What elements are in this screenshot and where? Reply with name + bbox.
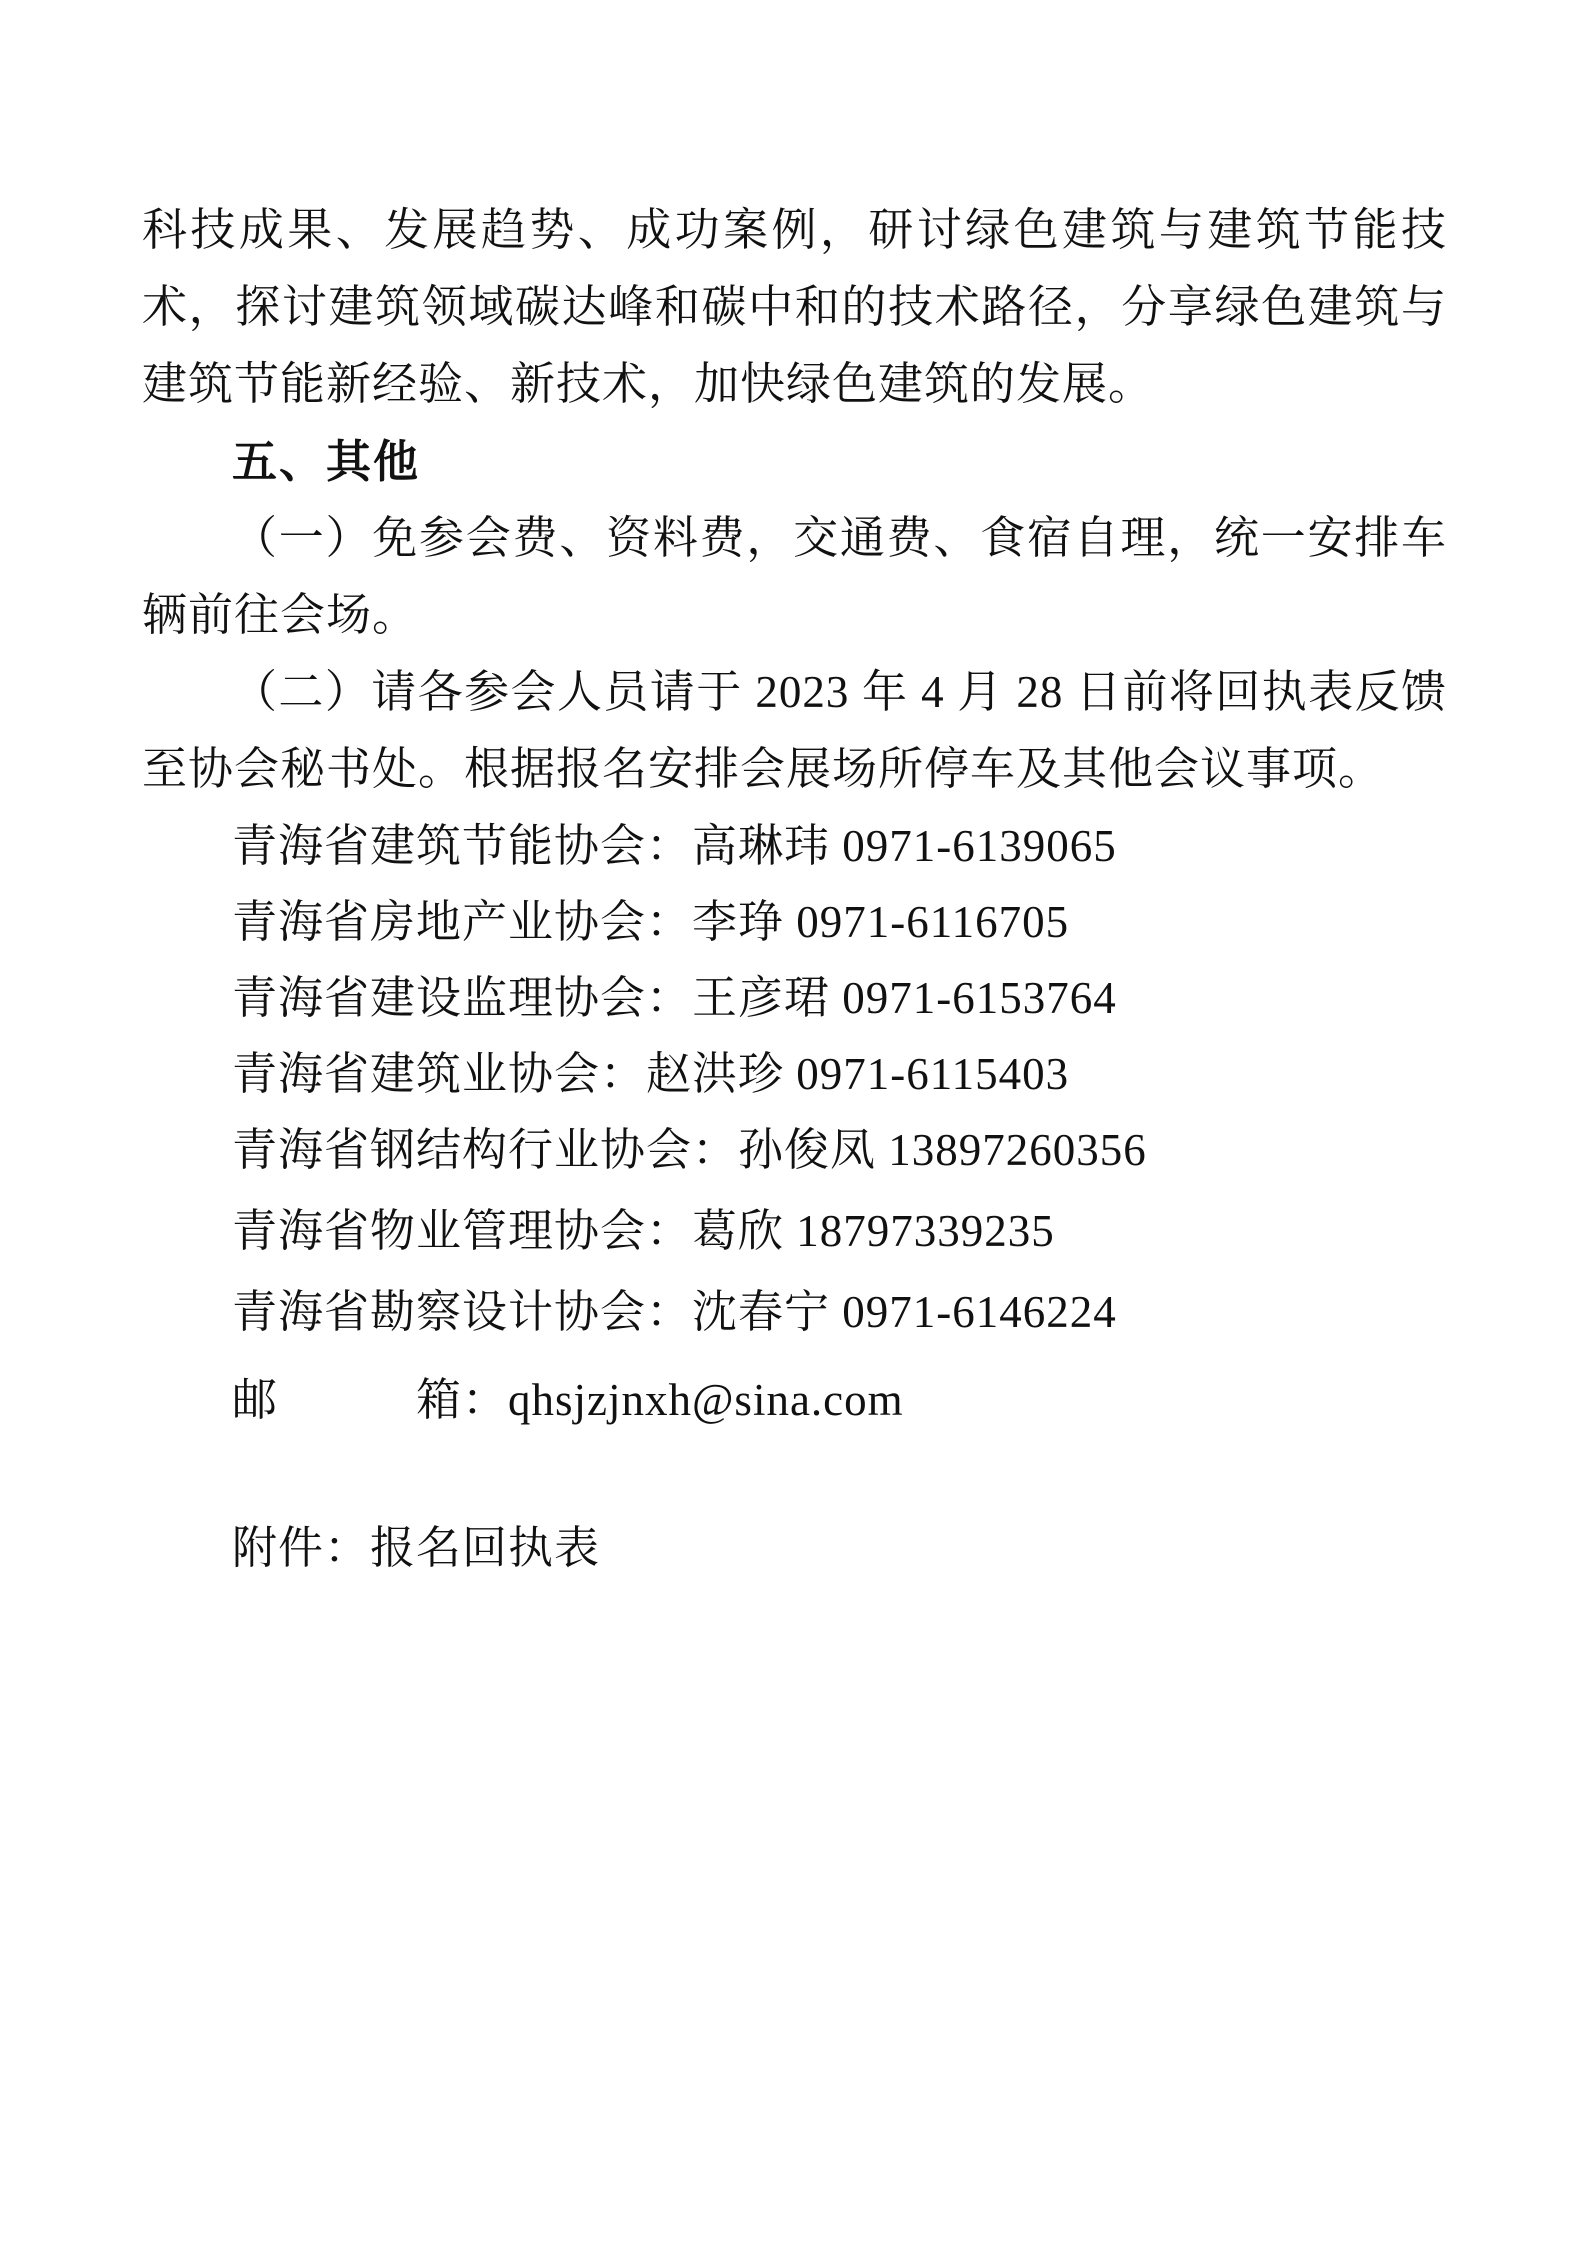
contact-line-email: 邮 箱：qhsjzjnxh@sina.com <box>142 1362 1447 1438</box>
contact-line-supervision-assoc: 青海省建设监理协会：王彦珺 0971-6153764 <box>142 960 1447 1036</box>
contact-line-construction-assoc: 青海省建筑业协会：赵洪珍 0971-6115403 <box>142 1036 1447 1112</box>
contact-list: 青海省建筑节能协会：高琳玮 0971-6139065 青海省房地产业协会：李琤 … <box>142 808 1447 1438</box>
item-reply-deadline: （二）请各参会人员请于 2023 年 4 月 28 日前将回执表反馈至协会秘书处… <box>142 654 1447 808</box>
attachment-note: 附件：报名回执表 <box>142 1510 1447 1586</box>
item-fee-notice: （一）免参会费、资料费，交通费、食宿自理，统一安排车辆前往会场。 <box>142 500 1447 654</box>
section-heading-other: 五、其他 <box>142 423 1447 500</box>
contact-line-energy-assoc: 青海省建筑节能协会：高琳玮 0971-6139065 <box>142 808 1447 884</box>
contact-line-property-assoc: 青海省物业管理协会：葛欣 18797339235 <box>142 1193 1447 1269</box>
document-page: 科技成果、发展趋势、成功案例，研讨绿色建筑与建筑节能技术，探讨建筑领域碳达峰和碳… <box>0 0 1587 2245</box>
contact-line-survey-assoc: 青海省勘察设计协会：沈春宁 0971-6146224 <box>142 1274 1447 1350</box>
contact-line-realestate-assoc: 青海省房地产业协会：李琤 0971-6116705 <box>142 884 1447 960</box>
contact-line-steel-assoc: 青海省钢结构行业协会：孙俊凤 13897260356 <box>142 1112 1447 1188</box>
paragraph-continuation: 科技成果、发展趋势、成功案例，研讨绿色建筑与建筑节能技术，探讨建筑领域碳达峰和碳… <box>142 192 1447 423</box>
